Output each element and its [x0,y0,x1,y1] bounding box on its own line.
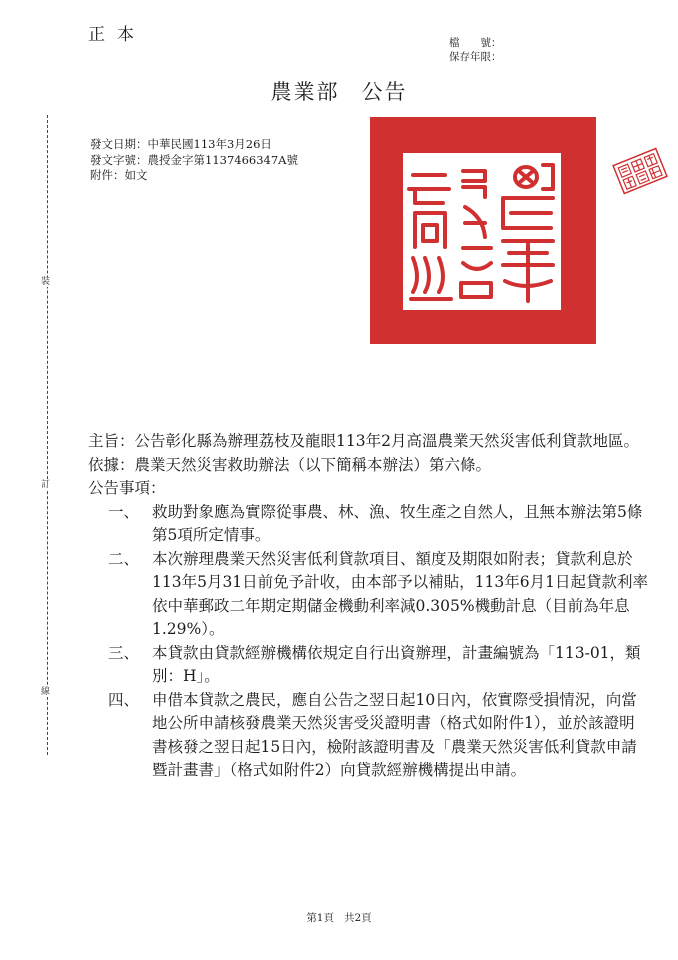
page-current: 第1頁 [306,912,334,924]
item-text: 申借本貸款之農民，應自公告之翌日起10日內，依實際受損情況，向當地公所申請核發農… [152,689,648,783]
page-title: 農業部公告 [0,76,678,106]
subject-text: 公告彰化縣為辦理荔枝及龍眼113年2月高溫農業天然災害低利貸款地區。 [135,430,648,454]
list-item: 二、 本次辦理農業天然災害低利貸款項目、額度及期限如附表；貸款利息於113年5月… [108,548,648,642]
ref-value: 農授金字第1137466347A號 [148,153,298,167]
official-seal [370,117,596,344]
binding-mark: 訂 [41,480,50,490]
date-label: 發文日期： [90,137,148,151]
binding-mark: 線 [41,687,50,697]
basis-label: 依據： [88,454,135,478]
retention-label: 保存年限： [449,50,502,64]
document-body: 主旨： 公告彰化縣為辦理荔枝及龍眼113年2月高溫農業天然災害低利貸款地區。 依… [88,430,648,783]
small-seal [612,147,668,195]
item-number: 二、 [108,548,152,642]
file-number-label: 檔 號： [449,36,502,50]
list-item: 三、 本貸款由貸款經辦機構依規定自行出資辦理，計畫編號為「113-01，類別：H… [108,642,648,689]
ref-label: 發文字號： [90,153,148,167]
doc-type: 公告 [362,80,408,104]
items-list: 一、 救助對象應為實際從事農、林、漁、牧生產之自然人，且無本辦法第5條第5項所定… [108,501,648,783]
small-seal-icon [612,147,668,195]
item-number: 三、 [108,642,152,689]
item-text: 救助對象應為實際從事農、林、漁、牧生產之自然人，且無本辦法第5條第5項所定情事。 [152,501,648,548]
page-total: 共2頁 [344,912,372,924]
agency-name: 農業部 [271,80,340,104]
attachment-label: 附件： [90,168,125,182]
list-item: 四、 申借本貸款之農民，應自公告之翌日起10日內，依實際受損情況，向當地公所申請… [108,689,648,783]
item-text: 本貸款由貸款經辦機構依規定自行出資辦理，計畫編號為「113-01，類別：H」。 [152,642,648,689]
page-footer: 第1頁共2頁 [0,910,678,925]
copy-label: 正本 [88,20,146,45]
header-meta: 發文日期：中華民國113年3月26日 發文字號：農授金字第1137466347A… [90,137,298,184]
subject-label: 主旨： [88,430,135,454]
attachment-value: 如文 [125,168,148,182]
dashed-line [47,115,48,755]
item-number: 一、 [108,501,152,548]
basis-row: 依據： 農業天然災害救助辦法（以下簡稱本辦法）第六條。 [88,454,648,478]
list-item: 一、 救助對象應為實際從事農、林、漁、牧生產之自然人，且無本辦法第5條第5項所定… [108,501,648,548]
basis-text: 農業天然災害救助辦法（以下簡稱本辦法）第六條。 [135,454,648,478]
file-meta: 檔 號： 保存年限： [449,36,502,64]
subject-row: 主旨： 公告彰化縣為辦理荔枝及龍眼113年2月高溫農業天然災害低利貸款地區。 [88,430,648,454]
date-value: 中華民國113年3月26日 [148,137,272,151]
item-number: 四、 [108,689,152,783]
binding-mark: 裝 [41,277,50,287]
binding-line: 裝 訂 線 [42,115,54,755]
item-text: 本次辦理農業天然災害低利貸款項目、額度及期限如附表；貸款利息於113年5月31日… [152,548,648,642]
items-heading: 公告事項： [88,477,648,501]
seal-glyphs-icon [403,153,561,310]
seal-inner [403,153,561,310]
